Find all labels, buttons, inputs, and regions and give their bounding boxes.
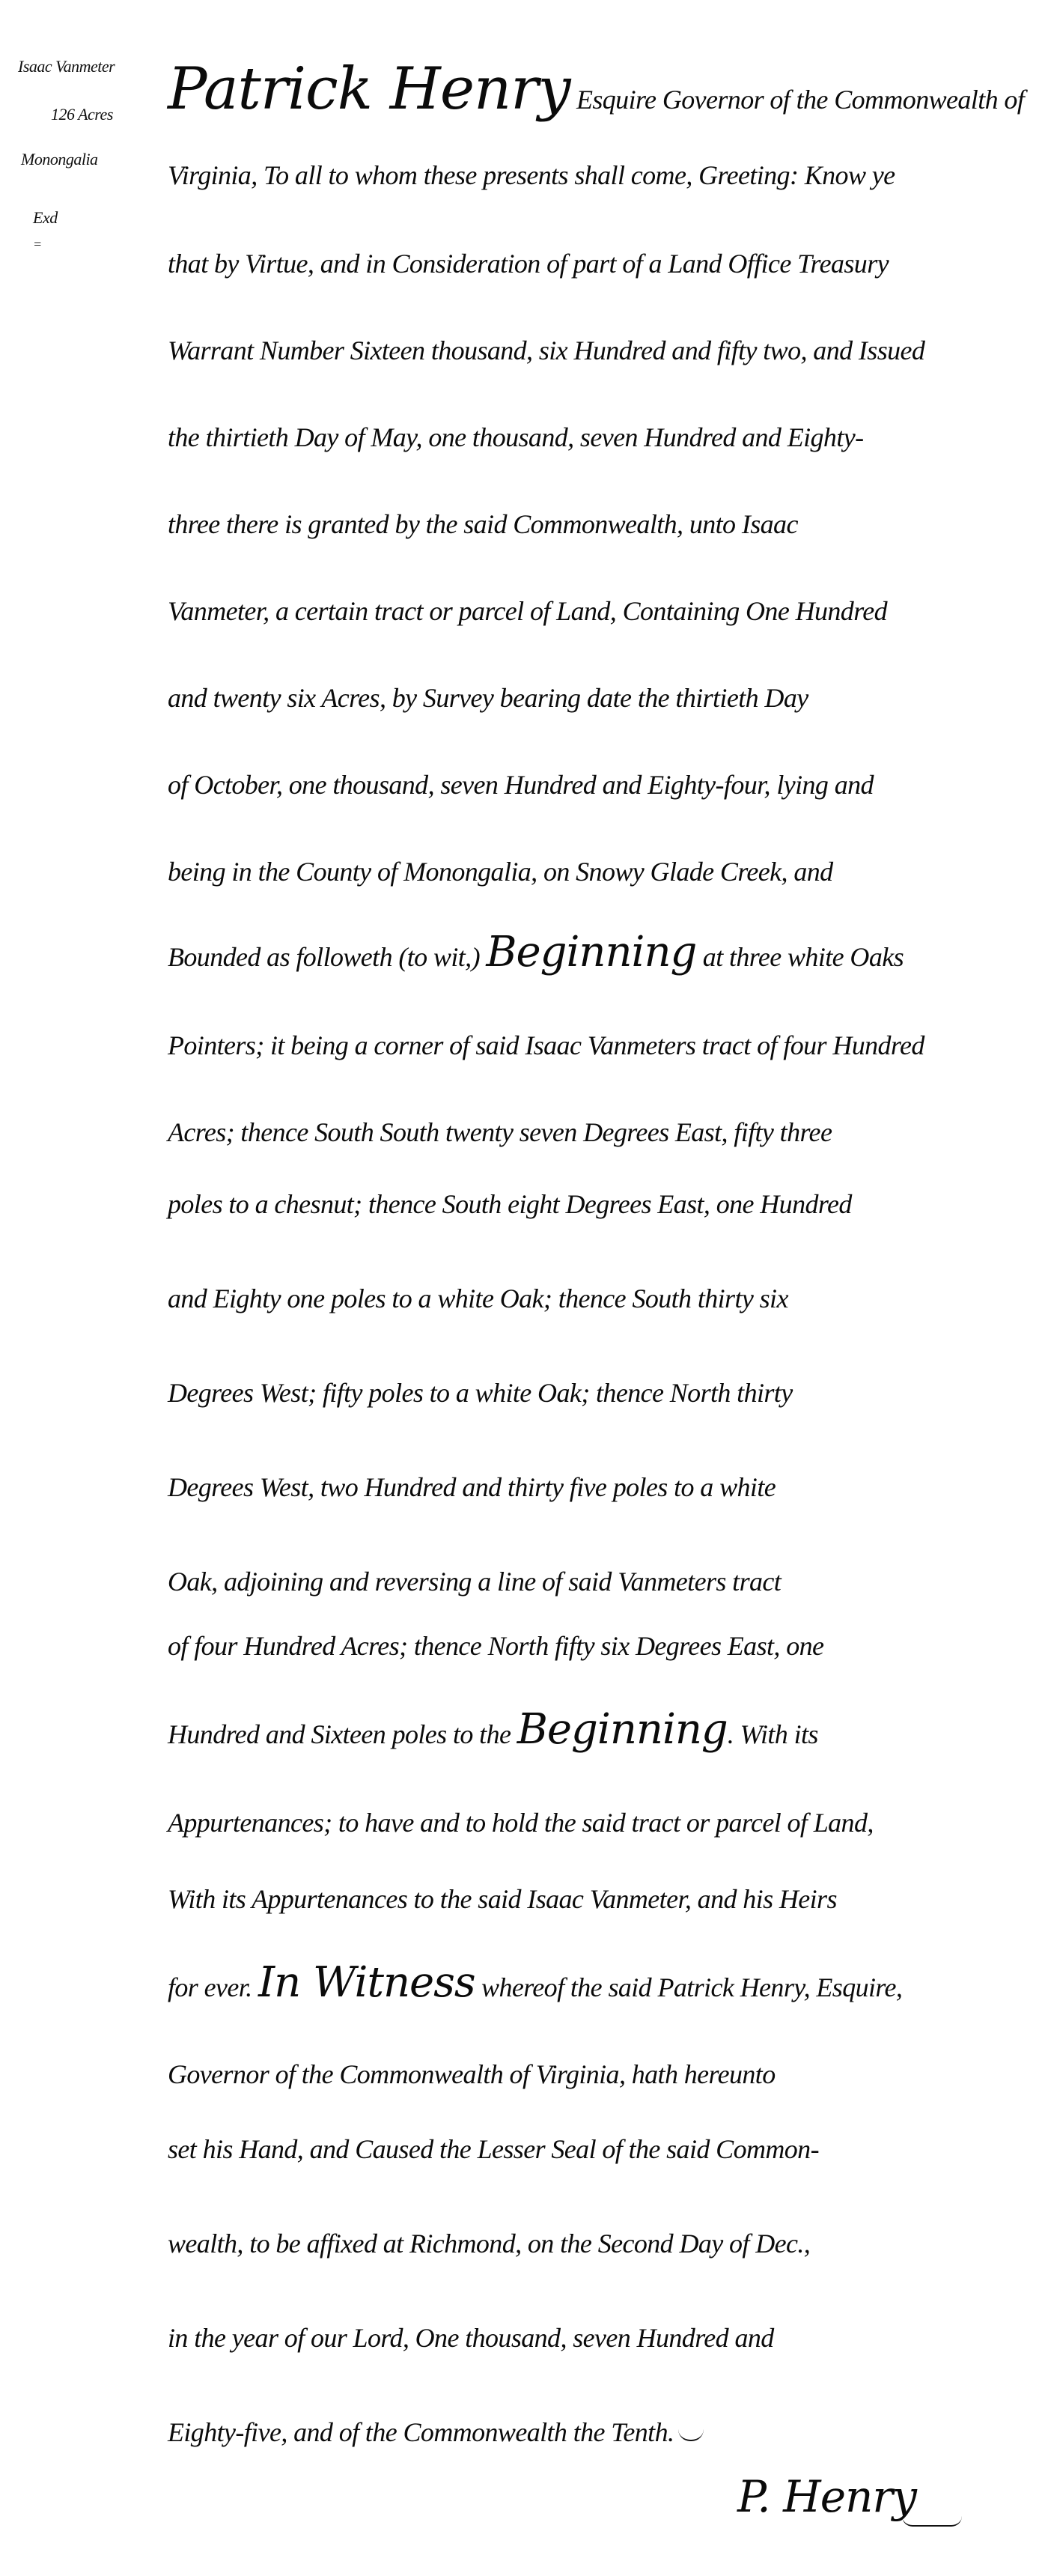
grant-line: of October, one thousand, seven Hundred … — [168, 771, 874, 798]
signature-flourish — [902, 2516, 962, 2527]
line-text: whereof the said Patrick Henry, Esquire, — [475, 1972, 903, 2002]
grant-line: poles to a chesnut; thence South eight D… — [168, 1191, 852, 1218]
grant-line: that by Virtue, and in Consideration of … — [168, 250, 889, 277]
document-page: Isaac Vanmeter 126 Acres Monongalia Exd … — [0, 0, 1048, 2576]
grant-line: set his Hand, and Caused the Lesser Seal… — [168, 2136, 819, 2163]
line-text: in the year of our Lord, One thousand, s… — [168, 2323, 774, 2353]
grant-line: Patrick Henry Esquire Governor of the Co… — [168, 60, 1024, 118]
line-text: Eighty-five, and of the Commonwealth the… — [168, 2417, 674, 2447]
grant-line: in the year of our Lord, One thousand, s… — [168, 2324, 774, 2351]
line-text: three there is granted by the said Commo… — [168, 509, 798, 539]
signature: P. Henry — [737, 2471, 916, 2522]
line-text: Bounded as followeth (to wit,) — [168, 942, 486, 972]
beginning-heading: Beginning — [486, 928, 696, 976]
grant-line: Warrant Number Sixteen thousand, six Hun… — [168, 337, 924, 364]
grant-line: Acres; thence South South twenty seven D… — [168, 1119, 832, 1146]
grant-line: Bounded as followeth (to wit,) Beginning… — [168, 932, 904, 973]
line-text: of October, one thousand, seven Hundred … — [168, 770, 874, 800]
line-text: the thirtieth Day of May, one thousand, … — [168, 422, 864, 452]
grant-line: being in the County of Monongalia, on Sn… — [168, 858, 833, 885]
grant-line: With its Appurtenances to the said Isaac… — [168, 1886, 837, 1913]
margin-note-grantee: Isaac Vanmeter — [18, 57, 115, 76]
grant-line: Eighty-five, and of the Commonwealth the… — [168, 2419, 704, 2446]
line-text: With its Appurtenances to the said Isaac… — [168, 1884, 837, 1914]
line-text: that by Virtue, and in Consideration of … — [168, 249, 889, 279]
grant-line: for ever. In Witness whereof the said Pa… — [168, 1962, 902, 2004]
grant-line: Oak, adjoining and reversing a line of s… — [168, 1568, 781, 1595]
margin-note-county: Monongalia — [21, 150, 98, 169]
line-text: being in the County of Monongalia, on Sn… — [168, 857, 833, 887]
grant-line: wealth, to be affixed at Richmond, on th… — [168, 2230, 810, 2257]
grant-line: Governor of the Commonwealth of Virginia… — [168, 2061, 776, 2088]
grant-line: Hundred and Sixteen poles to the Beginni… — [168, 1709, 818, 1751]
line-text: Hundred and Sixteen poles to the — [168, 1719, 517, 1749]
line-text: . With its — [728, 1719, 818, 1749]
grant-line: Degrees West, two Hundred and thirty fiv… — [168, 1474, 776, 1501]
line-text: Governor of the Commonwealth of Virginia… — [168, 2059, 776, 2089]
line-text: Virginia, To all to whom these presents … — [168, 160, 895, 190]
line-text: Vanmeter, a certain tract or parcel of L… — [168, 596, 887, 626]
in-witness-heading: In Witness — [258, 1958, 475, 2007]
line-text: Pointers; it being a corner of said Isaa… — [168, 1030, 924, 1060]
line-text: of four Hundred Acres; thence North fift… — [168, 1631, 823, 1661]
line-text: set his Hand, and Caused the Lesser Seal… — [168, 2134, 819, 2164]
grantor-name-heading: Patrick Henry — [168, 55, 570, 123]
line-text: wealth, to be affixed at Richmond, on th… — [168, 2229, 810, 2258]
line-text: Degrees West, two Hundred and thirty fiv… — [168, 1472, 776, 1502]
line-text: Oak, adjoining and reversing a line of s… — [168, 1567, 781, 1597]
margin-note-examined: Exd — [33, 208, 58, 228]
margin-note-acreage: 126 Acres — [51, 105, 113, 124]
grant-line: and Eighty one poles to a white Oak; the… — [168, 1285, 788, 1312]
beginning-heading: Beginning — [517, 1705, 728, 1754]
grant-line: Appurtenances; to have and to hold the s… — [168, 1809, 874, 1836]
grant-line: Virginia, To all to whom these presents … — [168, 162, 895, 189]
grant-line: of four Hundred Acres; thence North fift… — [168, 1632, 823, 1659]
grant-line: the thirtieth Day of May, one thousand, … — [168, 424, 864, 451]
ending-flourish — [678, 2429, 704, 2441]
margin-note-mark: = — [33, 237, 42, 252]
line-text: poles to a chesnut; thence South eight D… — [168, 1189, 852, 1219]
line-text: Esquire Governor of the Commonwealth of — [570, 85, 1025, 115]
line-text: and twenty six Acres, by Survey bearing … — [168, 683, 808, 713]
line-text: Appurtenances; to have and to hold the s… — [168, 1808, 874, 1838]
line-text: and Eighty one poles to a white Oak; the… — [168, 1284, 788, 1313]
grant-line: Pointers; it being a corner of said Isaa… — [168, 1032, 924, 1059]
grant-line: and twenty six Acres, by Survey bearing … — [168, 684, 808, 711]
line-text: for ever. — [168, 1972, 258, 2002]
line-text: at three white Oaks — [696, 942, 904, 972]
grant-line: Vanmeter, a certain tract or parcel of L… — [168, 598, 887, 625]
line-text: Warrant Number Sixteen thousand, six Hun… — [168, 335, 924, 365]
line-text: Acres; thence South South twenty seven D… — [168, 1117, 832, 1147]
line-text: Degrees West; fifty poles to a white Oak… — [168, 1378, 793, 1408]
grant-line: Degrees West; fifty poles to a white Oak… — [168, 1379, 793, 1406]
grant-line: three there is granted by the said Commo… — [168, 511, 798, 538]
